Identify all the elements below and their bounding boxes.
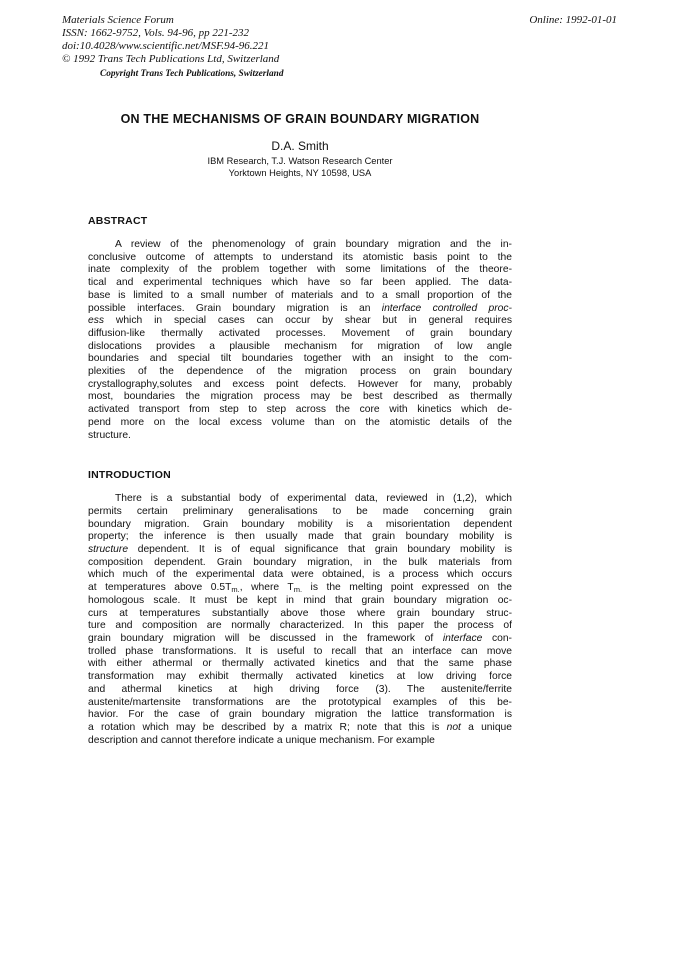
text-line: inate complexity of the problem together…	[88, 264, 512, 277]
text-line: permits certain preliminary generalisati…	[88, 506, 512, 519]
affiliation-line-1: IBM Research, T.J. Watson Research Cente…	[88, 156, 512, 168]
text-line: A review of the phenomenology of grain b…	[88, 239, 512, 252]
text-line: a rotation which may be described by a m…	[88, 722, 512, 735]
text-line: There is a substantial body of experimen…	[88, 493, 512, 506]
online-date: Online: 1992-01-01	[529, 14, 617, 27]
copyright-notice: Copyright Trans Tech Publications, Switz…	[100, 68, 678, 80]
text-line: composition dependent. Grain boundary mi…	[88, 557, 512, 570]
affiliation-line-2: Yorktown Heights, NY 10598, USA	[88, 168, 512, 180]
paper-page: Materials Science Forum ISSN: 1662-9752,…	[0, 0, 678, 959]
text-line: conclusive outcome of attempts to unders…	[88, 252, 512, 265]
text-line: boundary migration. Grain boundary mobil…	[88, 519, 512, 532]
text-line: description and cannot therefore indicat…	[88, 735, 512, 748]
text-line: trolled phase transformations. It is use…	[88, 646, 512, 659]
paragraph: There is a substantial body of experimen…	[88, 493, 512, 747]
text-line: havior. For the case of grain boundary m…	[88, 709, 512, 722]
paragraph: A review of the phenomenology of grain b…	[88, 239, 512, 442]
publisher-copyright-line: © 1992 Trans Tech Publications Ltd, Swit…	[62, 53, 678, 66]
section-introduction: INTRODUCTIONThere is a substantial body …	[88, 469, 512, 747]
sections-container: ABSTRACTA review of the phenomenology of…	[88, 215, 512, 747]
author-name: D.A. Smith	[88, 139, 512, 153]
text-line: transformation may exhibit thermally act…	[88, 671, 512, 684]
text-line: property; the inference is then usually …	[88, 531, 512, 544]
section-abstract: ABSTRACTA review of the phenomenology of…	[88, 215, 512, 442]
text-line: which much of the experimental data were…	[88, 569, 512, 582]
text-line: and athermal kinetics at high driving fo…	[88, 684, 512, 697]
text-line: with either athermal or thermally activa…	[88, 658, 512, 671]
text-line: curs at temperatures substantially above…	[88, 608, 512, 621]
issn-volume-pages-line: ISSN: 1662-9752, Vols. 94-96, pp 221-232	[62, 27, 678, 40]
text-line: at temperatures above 0.5Tm., where Tm. …	[88, 582, 512, 595]
text-line: ture and composition are normally charac…	[88, 620, 512, 633]
text-line: grain boundary migration will be discuss…	[88, 633, 512, 646]
text-line: homologous scale. It must be kept in min…	[88, 595, 512, 608]
section-heading: INTRODUCTION	[88, 469, 512, 482]
text-line: austenite/martensite transformations are…	[88, 697, 512, 710]
text-line: possible interfaces. Grain boundary migr…	[88, 303, 512, 316]
text-line: most, boundaries the migration process m…	[88, 391, 512, 404]
text-line: diffusion-like thermally activated proce…	[88, 328, 512, 341]
section-heading: ABSTRACT	[88, 215, 512, 228]
text-line: crystallography,solutes and excess point…	[88, 379, 512, 392]
text-line: plexities of the dependence of the migra…	[88, 366, 512, 379]
text-line: pend more on the local excess volume tha…	[88, 417, 512, 430]
text-line: structure.	[88, 430, 512, 443]
text-line: tical and experimental techniques which …	[88, 277, 512, 290]
text-line: boundaries and special tilt boundaries t…	[88, 353, 512, 366]
text-line: structure dependent. It is of equal sign…	[88, 544, 512, 557]
publication-header: Materials Science Forum ISSN: 1662-9752,…	[0, 0, 678, 80]
article-title: ON THE MECHANISMS OF GRAIN BOUNDARY MIGR…	[88, 112, 512, 126]
article-body: ON THE MECHANISMS OF GRAIN BOUNDARY MIGR…	[88, 112, 512, 747]
text-line: ess which in special cases can occur by …	[88, 315, 512, 328]
text-line: dislocations provides a plausible mechan…	[88, 341, 512, 354]
text-line: base is limited to a small number of mat…	[88, 290, 512, 303]
doi-line: doi:10.4028/www.scientific.net/MSF.94-96…	[62, 40, 678, 53]
text-line: activated transport from step to step ac…	[88, 404, 512, 417]
